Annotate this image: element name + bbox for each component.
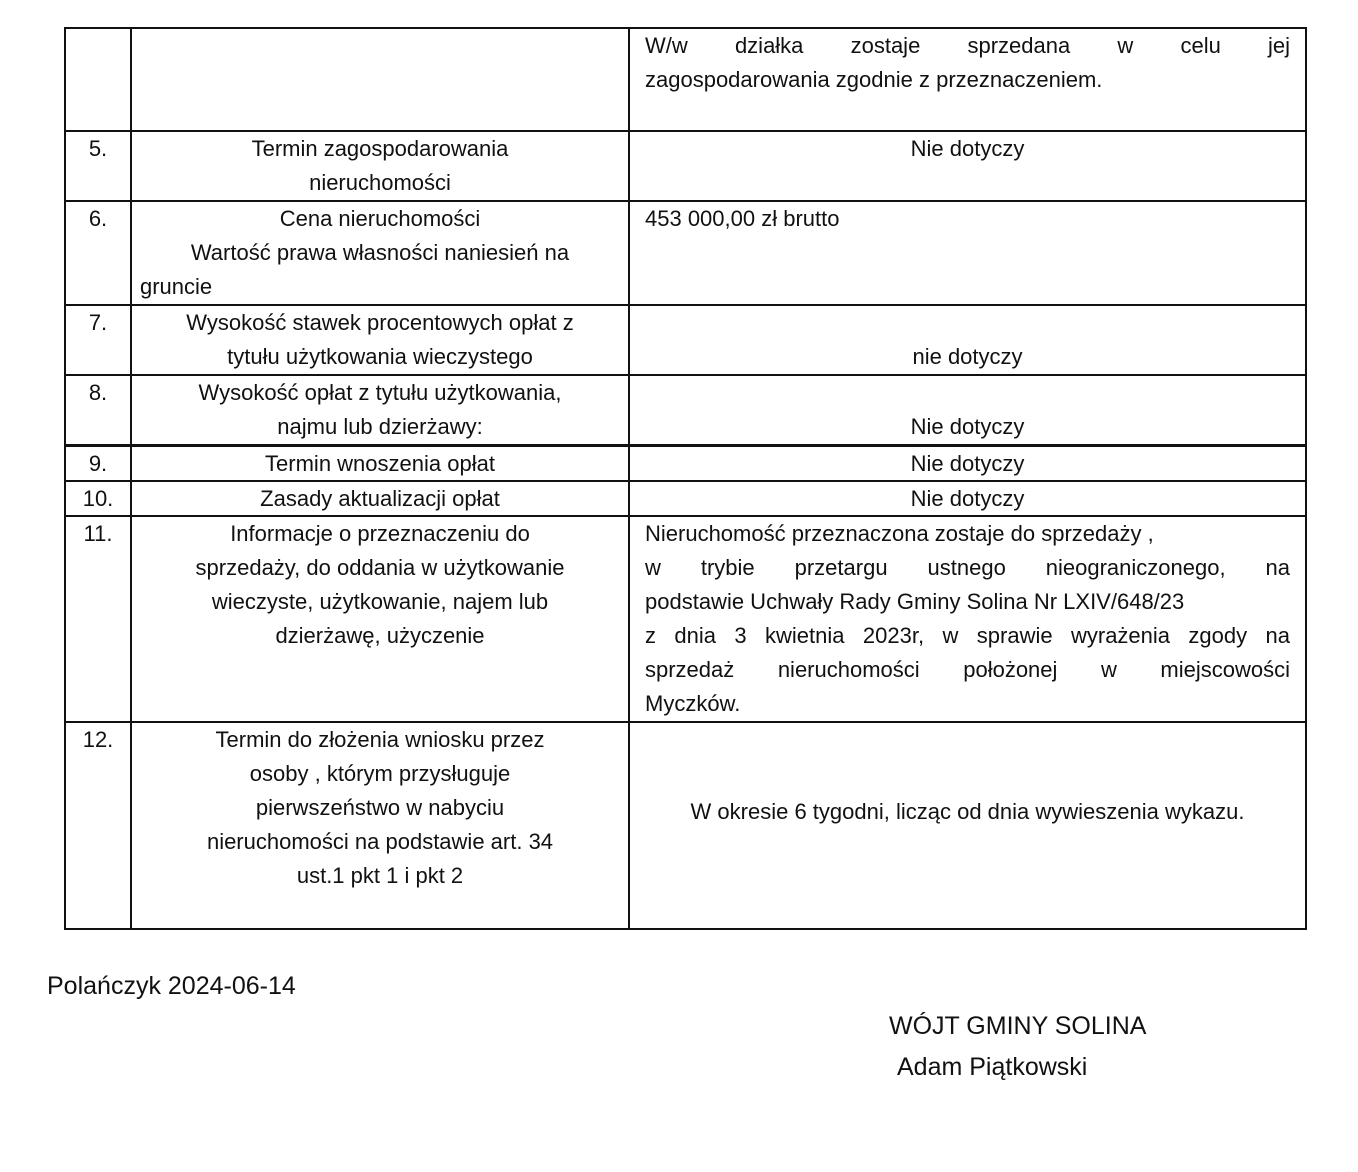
row-value: Nie dotyczy	[629, 375, 1306, 446]
price-value: 453 000,00 zł brutto	[645, 202, 1290, 236]
row-label: Termin wnoszenia opłat	[131, 446, 629, 482]
label-line: nieruchomości na podstawie art. 34	[140, 825, 620, 859]
label-line: Cena nieruchomości	[140, 202, 620, 236]
value-line: sprzedaż nieruchomości położonej w miejs…	[645, 653, 1290, 687]
label-line: Termin do złożenia wniosku przez	[140, 723, 620, 757]
row-value: W/w działka zostaje sprzedana w celu jej…	[629, 28, 1306, 131]
table-row: 8. Wysokość opłat z tytułu użytkowania, …	[65, 375, 1306, 446]
label-line: Wartość prawa własności naniesień na	[140, 236, 620, 270]
label-line: wieczyste, użytkowanie, najem lub	[140, 585, 620, 619]
row-label: Informacje o przeznaczeniu do sprzedaży,…	[131, 516, 629, 722]
row-value: 453 000,00 zł brutto	[629, 201, 1306, 305]
row-number: 10.	[65, 481, 131, 516]
row-number: 7.	[65, 305, 131, 375]
value-line: W/w działka zostaje sprzedana w celu jej	[645, 29, 1290, 63]
value-line: Myczków.	[645, 687, 1290, 721]
value-line: w trybie przetargu ustnego nieograniczon…	[645, 551, 1290, 585]
table-row: 7. Wysokość stawek procentowych opłat z …	[65, 305, 1306, 375]
row-number	[65, 28, 131, 131]
label-line: gruncie	[140, 270, 620, 304]
row-number: 6.	[65, 201, 131, 305]
value-line: podstawie Uchwały Rady Gminy Solina Nr L…	[645, 585, 1290, 619]
signer-title: WÓJT GMINY SOLINA	[889, 1012, 1146, 1041]
table-row: 5. Termin zagospodarowania nieruchomości…	[65, 131, 1306, 201]
property-listing-table: W/w działka zostaje sprzedana w celu jej…	[64, 27, 1307, 930]
label-line: Informacje o przeznaczeniu do	[140, 517, 620, 551]
place-and-date: Polańczyk 2024-06-14	[47, 972, 296, 1001]
row-number: 9.	[65, 446, 131, 482]
table-row: 11. Informacje o przeznaczeniu do sprzed…	[65, 516, 1306, 722]
label-line: Zasady aktualizacji opłat	[140, 482, 620, 515]
row-value: Nie dotyczy	[629, 446, 1306, 482]
value-line: Nie dotyczy	[645, 447, 1290, 480]
row-value: Nieruchomość przeznaczona zostaje do spr…	[629, 516, 1306, 722]
label-line: ust.1 pkt 1 i pkt 2	[140, 859, 620, 893]
label-line: dzierżawę, użyczenie	[140, 619, 620, 653]
row-number: 11.	[65, 516, 131, 722]
row-value: nie dotyczy	[629, 305, 1306, 375]
row-value: W okresie 6 tygodni, licząc od dnia wywi…	[629, 722, 1306, 929]
row-value: Nie dotyczy	[629, 131, 1306, 201]
row-number: 5.	[65, 131, 131, 201]
label-line: nieruchomości	[140, 166, 620, 200]
value-line: Nie dotyczy	[645, 410, 1290, 444]
row-label: Cena nieruchomości Wartość prawa własnoś…	[131, 201, 629, 305]
label-line: tytułu użytkowania wieczystego	[140, 340, 620, 374]
row-label: Zasady aktualizacji opłat	[131, 481, 629, 516]
row-label: Wysokość opłat z tytułu użytkowania, naj…	[131, 375, 629, 446]
table-row: 9. Termin wnoszenia opłat Nie dotyczy	[65, 446, 1306, 482]
value-line: zagospodarowania zgodnie z przeznaczenie…	[645, 63, 1290, 97]
label-line: Wysokość opłat z tytułu użytkowania,	[140, 376, 620, 410]
label-line: sprzedaży, do oddania w użytkowanie	[140, 551, 620, 585]
row-label: Termin do złożenia wniosku przez osoby ,…	[131, 722, 629, 929]
value-line: Nie dotyczy	[645, 482, 1290, 515]
table-row: 12. Termin do złożenia wniosku przez oso…	[65, 722, 1306, 929]
value-line: Nieruchomość przeznaczona zostaje do spr…	[645, 517, 1290, 551]
row-label: Wysokość stawek procentowych opłat z tyt…	[131, 305, 629, 375]
value-line: Nie dotyczy	[645, 132, 1290, 166]
table-row: 10. Zasady aktualizacji opłat Nie dotycz…	[65, 481, 1306, 516]
row-label	[131, 28, 629, 131]
row-number: 8.	[65, 375, 131, 446]
table-row-continued: W/w działka zostaje sprzedana w celu jej…	[65, 28, 1306, 131]
value-line: nie dotyczy	[645, 340, 1290, 374]
row-value: Nie dotyczy	[629, 481, 1306, 516]
row-label: Termin zagospodarowania nieruchomości	[131, 131, 629, 201]
label-line: Wysokość stawek procentowych opłat z	[140, 306, 620, 340]
label-line: osoby , którym przysługuje	[140, 757, 620, 791]
row-number: 12.	[65, 722, 131, 929]
label-line: pierwszeństwo w nabyciu	[140, 791, 620, 825]
label-line: Termin wnoszenia opłat	[140, 447, 620, 480]
table-row: 6. Cena nieruchomości Wartość prawa włas…	[65, 201, 1306, 305]
label-line: Termin zagospodarowania	[140, 132, 620, 166]
label-line: najmu lub dzierżawy:	[140, 410, 620, 444]
value-line: z dnia 3 kwietnia 2023r, w sprawie wyraż…	[645, 619, 1290, 653]
value-line: W okresie 6 tygodni, licząc od dnia wywi…	[645, 759, 1290, 829]
signer-name: Adam Piątkowski	[897, 1053, 1087, 1082]
